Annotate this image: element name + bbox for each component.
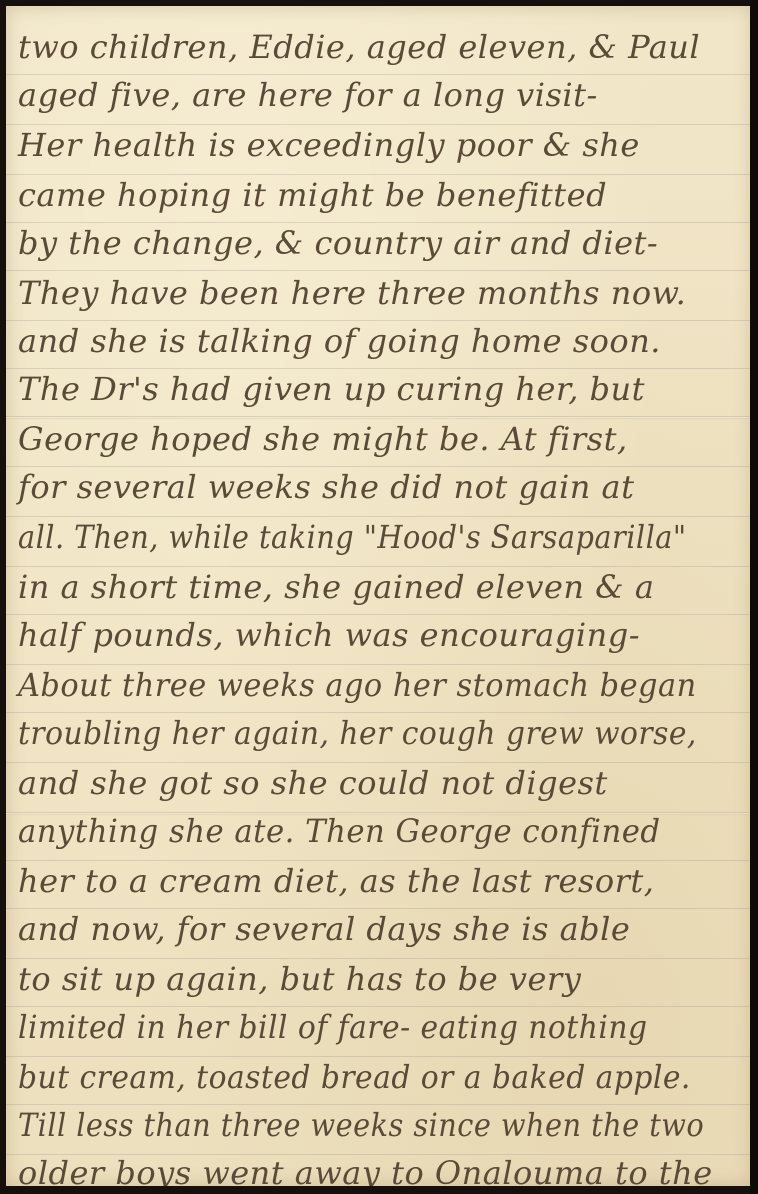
letter-page: two children, Eddie, aged eleven, & Paul… xyxy=(6,6,752,1186)
text-line: older boys went away to Onalouma to the xyxy=(18,1144,748,1186)
scan-edge xyxy=(750,0,758,1194)
